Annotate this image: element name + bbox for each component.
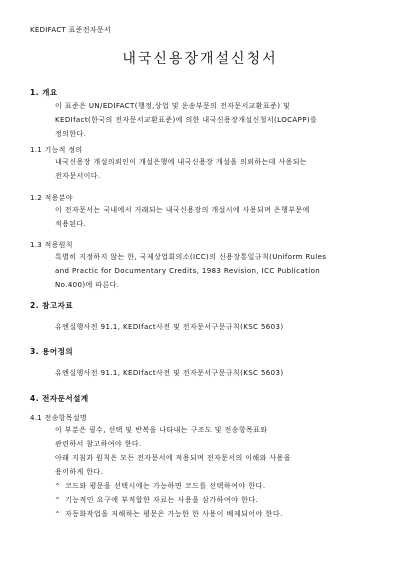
paragraph-line: 아래 지침과 원칙은 모든 전자문서에 적용되며 전자문서의 이해와 사용을 [55, 451, 291, 465]
caret-bullet-icon: ^ [55, 511, 65, 518]
section-1-1-heading: 1.1 기능적 정의 [30, 145, 82, 155]
section-1-2-heading: 1.2 적용분야 [30, 193, 73, 203]
bullet-text: 기능적인 요구에 부적합한 자료는 사용을 삼가하여야 한다. [65, 496, 258, 504]
paragraph-line: 이 부분은 필수, 선택 및 반복을 나타내는 구조도 및 전송항목표와 [55, 423, 291, 437]
section-1-body: 이 표준은 UN/EDIFACT(행정,상업 및 운송부문의 전자문서교환표준)… [55, 99, 317, 141]
bullet-item: ^자동화작업을 저해하는 평문은 가능한 한 사용이 배제되어야 한다. [55, 509, 283, 519]
section-2-heading: 2. 참고자료 [30, 300, 73, 311]
bullet-text: 코드와 평문을 선택시에는 가능하면 코드를 선택하여야 한다. [65, 482, 266, 490]
bullet-item: ^코드와 평문을 선택시에는 가능하면 코드를 선택하여야 한다. [55, 481, 266, 491]
caret-bullet-icon: ^ [55, 497, 65, 504]
paragraph-line: 적용된다. [55, 217, 310, 231]
section-2-body: 유엔실행사전 91.1, KEDIfact사전 및 전자문서구문규칙(KSC 5… [55, 320, 284, 334]
paragraph-line: 정의한다. [55, 127, 317, 141]
bullet-text: 자동화작업을 저해하는 평문은 가능한 한 사용이 배제되어야 한다. [65, 510, 283, 518]
paragraph-line: and Practic for Documentary Credits, 198… [55, 264, 326, 278]
paragraph-line: 전자문서이다. [55, 169, 307, 183]
section-1-heading: 1. 개요 [30, 87, 58, 98]
document-header: KEDIFACT 표준전자문서 [30, 25, 111, 35]
caret-bullet-icon: ^ [55, 483, 65, 490]
section-4-1-body: 이 부분은 필수, 선택 및 반복을 나타내는 구조도 및 전송항목표와 관련하… [55, 423, 291, 479]
section-1-3-body: 특별히 지정하지 않는 한, 국제상업회의소(ICC)의 신용장통일규칙(Uni… [55, 250, 326, 292]
document-title: 내국신용장개설신청서 [0, 48, 400, 68]
paragraph-line: KEDIfact(한국의 전자문서교환표준)에 의한 내국신용장개설신청서(LO… [55, 113, 317, 127]
bullet-item: ^기능적인 요구에 부적합한 자료는 사용을 삼가하여야 한다. [55, 495, 258, 505]
paragraph-line: 용이하게 한다. [55, 465, 291, 479]
section-3-heading: 3. 용어정의 [30, 346, 73, 357]
section-4-heading: 4. 전자문서설계 [30, 393, 89, 404]
section-3-body: 유엔실행사전 91.1, KEDIfact사전 및 전자문서구문규칙(KSC 5… [55, 366, 284, 380]
paragraph-line: 이 표준은 UN/EDIFACT(행정,상업 및 운송부문의 전자문서교환표준)… [55, 99, 317, 113]
paragraph-line: 관련하서 참고하여야 한다. [55, 437, 291, 451]
paragraph-line: 이 전자문서는 국내에서 거래되는 내국신용장의 개설시에 사용되며 은행부문에 [55, 203, 310, 217]
section-1-2-body: 이 전자문서는 국내에서 거래되는 내국신용장의 개설시에 사용되며 은행부문에… [55, 203, 310, 231]
paragraph-line: 내국신용장 개설의뢰인이 개설은행에 내국신용장 개설을 의뢰하는데 사용되는 [55, 155, 307, 169]
section-1-3-heading: 1.3 적용원칙 [30, 240, 73, 250]
section-1-1-body: 내국신용장 개설의뢰인이 개설은행에 내국신용장 개설을 의뢰하는데 사용되는 … [55, 155, 307, 183]
section-4-1-heading: 4.1 전송항목설명 [30, 413, 87, 423]
paragraph-line: 특별히 지정하지 않는 한, 국제상업회의소(ICC)의 신용장통일규칙(Uni… [55, 250, 326, 264]
paragraph-line: No.400)에 따른다. [55, 278, 326, 292]
